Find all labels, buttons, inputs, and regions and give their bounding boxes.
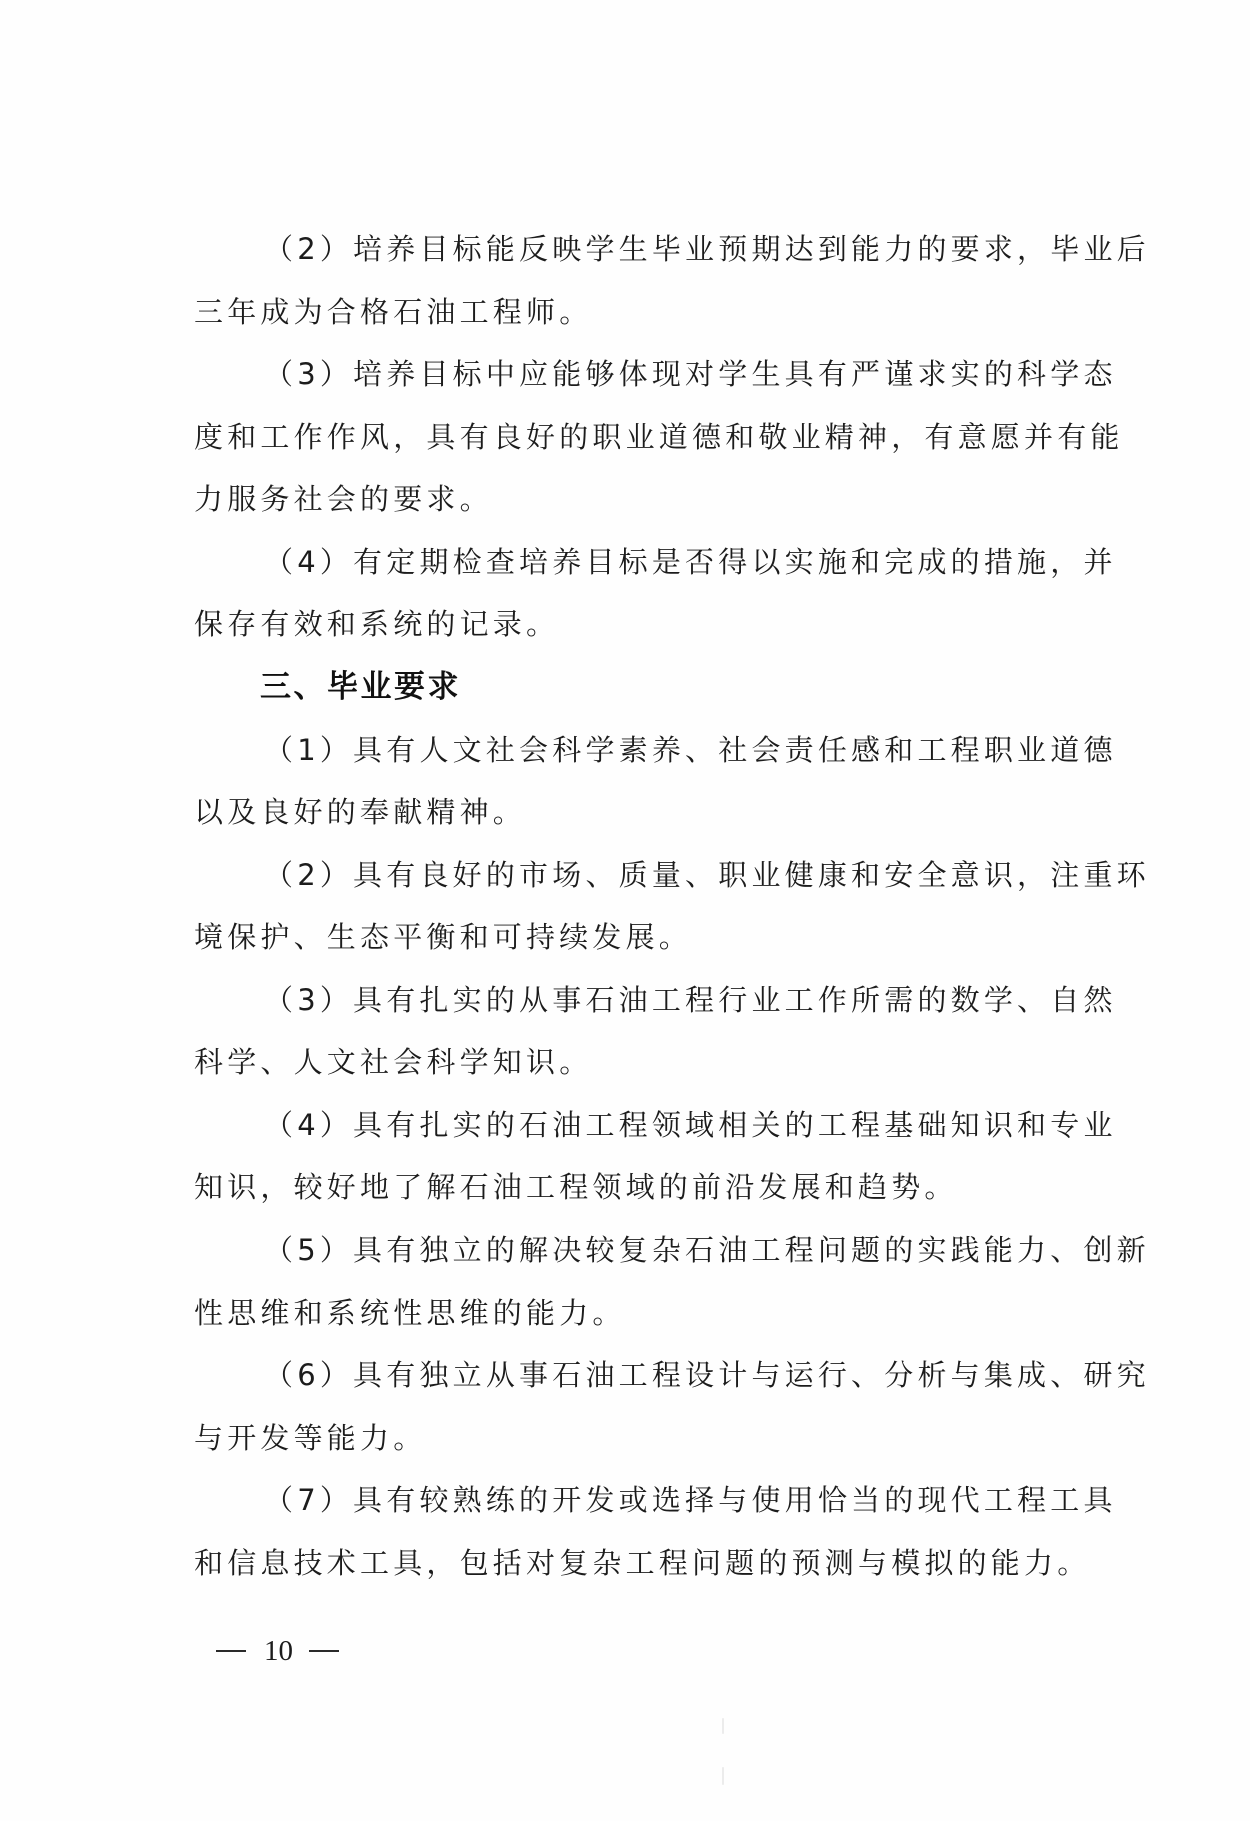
paragraph-requirement-7-line-2: 和信息技术工具，包括对复杂工程问题的预测与模拟的能力。: [194, 1532, 1138, 1595]
paragraph-objective-3-line-1: （3）培养目标中应能够体现对学生具有严谨求实的科学态: [194, 343, 1138, 406]
scan-artifact-mark: [722, 1718, 724, 1734]
paragraph-requirement-4-line-2: 知识，较好地了解石油工程领域的前沿发展和趋势。: [194, 1156, 1138, 1219]
paragraph-requirement-5-line-1: （5）具有独立的解决较复杂石油工程问题的实践能力、创新: [194, 1219, 1138, 1282]
paragraph-requirement-5-line-2: 性思维和系统性思维的能力。: [194, 1282, 1138, 1345]
paragraph-requirement-6-line-2: 与开发等能力。: [194, 1407, 1138, 1470]
paragraph-requirement-3-line-1: （3）具有扎实的从事石油工程行业工作所需的数学、自然: [194, 969, 1138, 1032]
page-number-value: 10: [264, 1634, 293, 1668]
page-number: 10: [216, 1634, 339, 1668]
paragraph-requirement-1-line-1: （1）具有人文社会科学素养、社会责任感和工程职业道德: [194, 719, 1138, 782]
page-number-right-dash: [309, 1650, 339, 1652]
document-page: （2）培养目标能反映学生毕业预期达到能力的要求，毕业后 三年成为合格石油工程师。…: [0, 0, 1250, 1821]
paragraph-requirement-7-line-1: （7）具有较熟练的开发或选择与使用恰当的现代工程工具: [194, 1469, 1138, 1532]
paragraph-objective-3-line-3: 力服务社会的要求。: [194, 468, 1138, 531]
section-heading-graduation-requirements: 三、毕业要求: [194, 656, 1138, 719]
paragraph-requirement-2-line-1: （2）具有良好的市场、质量、职业健康和安全意识，注重环: [194, 844, 1138, 907]
paragraph-requirement-3-line-2: 科学、人文社会科学知识。: [194, 1031, 1138, 1094]
paragraph-objective-2-line-2: 三年成为合格石油工程师。: [194, 281, 1138, 344]
page-number-left-dash: [216, 1650, 246, 1652]
paragraph-requirement-1-line-2: 以及良好的奉献精神。: [194, 781, 1138, 844]
paragraph-objective-3-line-2: 度和工作作风，具有良好的职业道德和敬业精神，有意愿并有能: [194, 406, 1138, 469]
paragraph-requirement-4-line-1: （4）具有扎实的石油工程领域相关的工程基础知识和专业: [194, 1094, 1138, 1157]
scan-artifact-mark: [722, 1767, 724, 1785]
paragraph-objective-4-line-2: 保存有效和系统的记录。: [194, 593, 1138, 656]
document-body: （2）培养目标能反映学生毕业预期达到能力的要求，毕业后 三年成为合格石油工程师。…: [194, 218, 1138, 1594]
paragraph-objective-4-line-1: （4）有定期检查培养目标是否得以实施和完成的措施，并: [194, 531, 1138, 594]
paragraph-objective-2-line-1: （2）培养目标能反映学生毕业预期达到能力的要求，毕业后: [194, 218, 1138, 281]
paragraph-requirement-6-line-1: （6）具有独立从事石油工程设计与运行、分析与集成、研究: [194, 1344, 1138, 1407]
paragraph-requirement-2-line-2: 境保护、生态平衡和可持续发展。: [194, 906, 1138, 969]
